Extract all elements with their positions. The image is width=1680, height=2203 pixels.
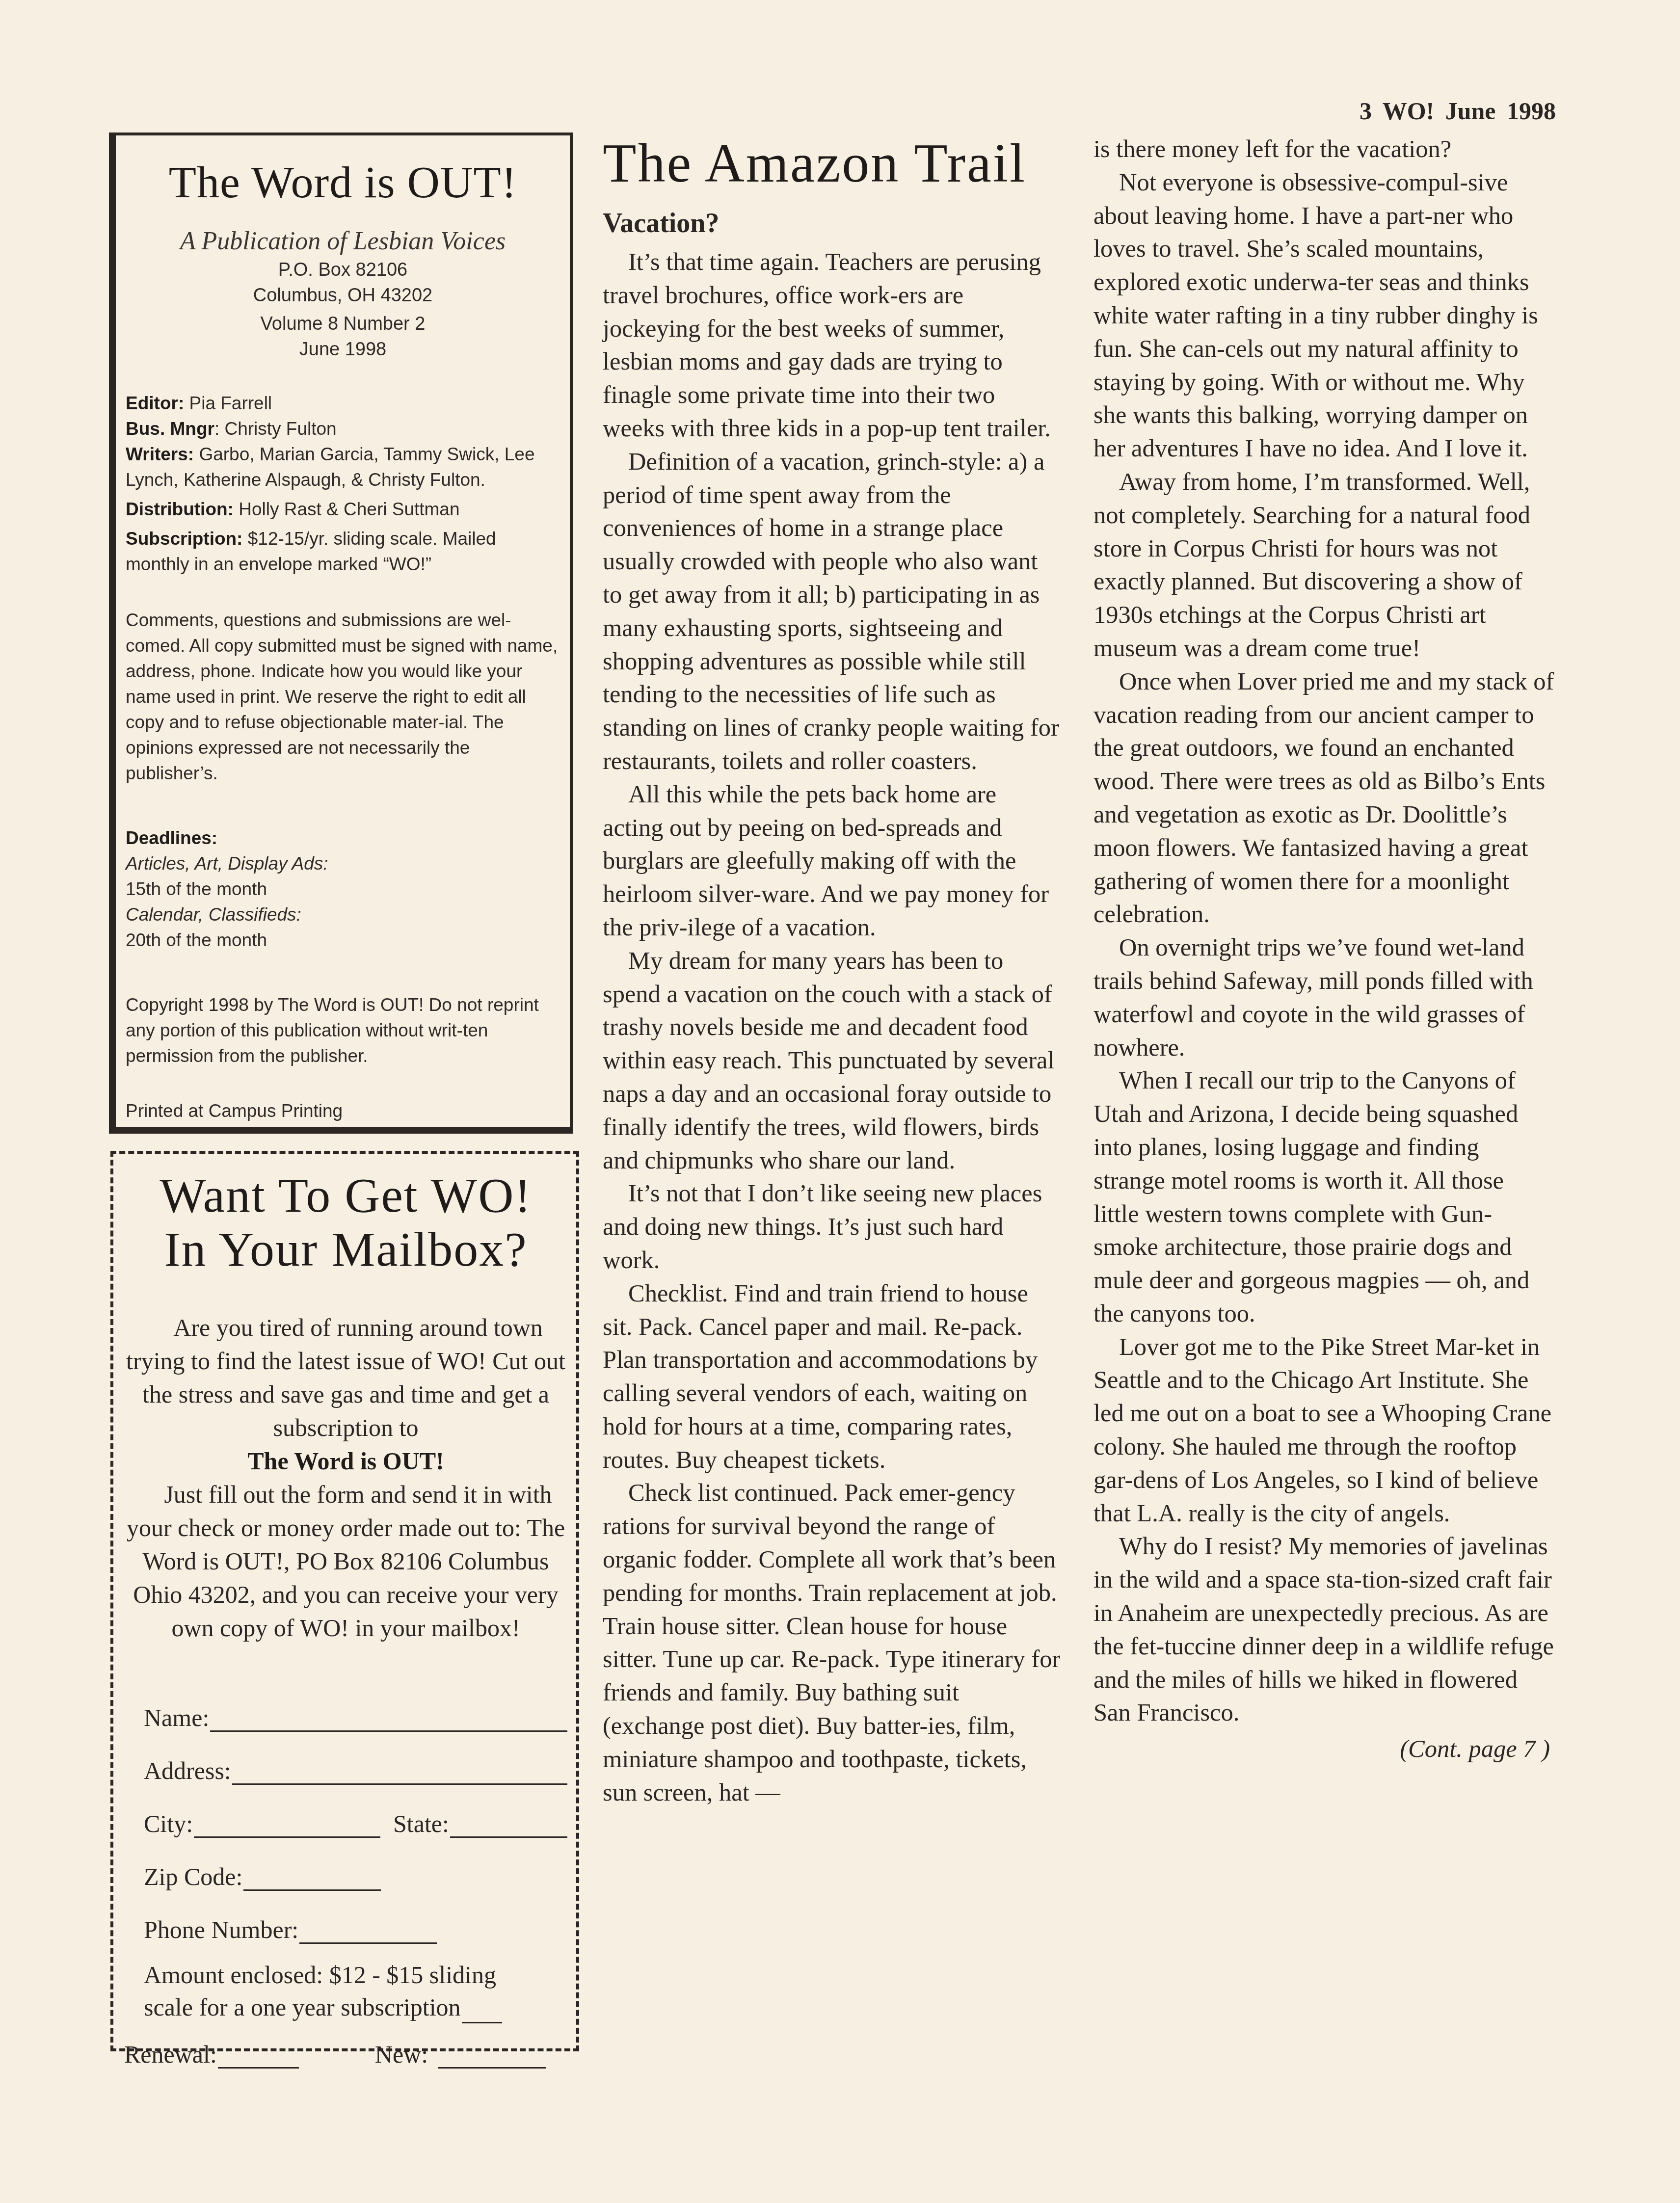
masthead-date: June 1998: [126, 337, 560, 362]
name-field[interactable]: Name:: [124, 1679, 567, 1732]
coupon-instructions: Just fill out the form and send it in wi…: [124, 1478, 567, 1645]
staff-editor: Editor: Pia Farrell: [126, 391, 560, 416]
city-label: City:: [144, 1809, 193, 1838]
article-paragraph: Not everyone is obsessive-compul-sive ab…: [1093, 166, 1555, 465]
staff-distribution: Distribution: Holly Rast & Cheri Suttman: [126, 497, 560, 522]
column-title: The Amazon Trail: [603, 132, 1026, 195]
city-state-row: City: State:: [124, 1785, 567, 1838]
article-paragraph: Away from home, I’m transformed. Well, n…: [1093, 465, 1555, 665]
coupon-title-line2: In Your Mailbox?: [124, 1222, 567, 1276]
staff-list: Editor: Pia Farrell Bus. Mngr: Christy F…: [126, 391, 560, 577]
staff-writers: Writers: Garbo, Marian Garcia, Tammy Swi…: [126, 442, 560, 493]
zip-input[interactable]: [243, 1868, 381, 1891]
state-label: State:: [393, 1809, 449, 1838]
printer-credit: Printed at Campus Printing: [126, 1098, 560, 1124]
deadline-date: 15th of the month: [126, 876, 560, 902]
article-paragraph: Checklist. Find and train friend to hous…: [603, 1277, 1062, 1477]
zip-label: Zip Code:: [144, 1862, 242, 1891]
name-label: Name:: [144, 1703, 209, 1732]
masthead-po-box: P.O. Box 82106: [126, 257, 560, 283]
coupon-intro: Are you tired of running around town try…: [124, 1311, 567, 1444]
article-paragraph: Why do I resist? My memories of javelina…: [1093, 1530, 1555, 1729]
masthead-city: Columbus, OH 43202: [126, 283, 560, 308]
coupon-body: Are you tired of running around town try…: [124, 1311, 567, 1645]
article-paragraph: Check list continued. Pack emer-gency ra…: [603, 1476, 1062, 1809]
address-input[interactable]: [232, 1762, 567, 1785]
deadline-category: Calendar, Classifieds:: [126, 902, 560, 928]
article-paragraph: When I recall our trip to the Canyons of…: [1093, 1064, 1555, 1330]
zip-field[interactable]: Zip Code:: [124, 1838, 567, 1891]
address-field[interactable]: Address:: [124, 1732, 567, 1785]
deadline-date: 20th of the month: [126, 928, 560, 953]
copyright-notice: Copyright 1998 by The Word is OUT! Do no…: [126, 992, 560, 1069]
article-paragraph: It’s that time again. Teachers are perus…: [603, 245, 1062, 445]
deadlines-label: Deadlines:: [126, 828, 217, 848]
renewal-label: Renewal:: [124, 2040, 217, 2069]
staff-business-manager: Bus. Mngr: Christy Fulton: [126, 416, 560, 442]
phone-label: Phone Number:: [144, 1915, 298, 1944]
comments-policy: Comments, questions and submissions are …: [126, 608, 560, 786]
masthead-title: The Word is OUT!: [126, 155, 560, 209]
masthead-box: The Word is OUT! A Publication of Lesbia…: [109, 133, 573, 1134]
amount-label-line1: Amount enclosed: $12 - $15 sliding: [144, 1959, 567, 1991]
address-label: Address:: [144, 1756, 231, 1785]
article-paragraph: Definition of a vacation, grinch-style: …: [603, 445, 1062, 778]
coupon-publication-name: The Word is OUT!: [124, 1444, 567, 1478]
article-headline: Vacation?: [603, 206, 720, 240]
article-paragraph: On overnight trips we’ve found wet-land …: [1093, 931, 1555, 1064]
subscription-form: Name: Address: City: State: Zip Code: Ph…: [124, 1679, 567, 2069]
page-header: 3 WO! June 1998: [1276, 96, 1556, 126]
amount-field[interactable]: Amount enclosed: $12 - $15 sliding scale…: [124, 1959, 567, 2023]
deadline-category: Articles, Art, Display Ads:: [126, 851, 560, 876]
coupon-title-line1: Want To Get WO!: [124, 1168, 567, 1222]
name-input[interactable]: [210, 1709, 567, 1732]
masthead-subtitle: A Publication of Lesbian Voices: [126, 226, 560, 257]
amount-label-line2: scale for a one year subscription: [144, 1991, 461, 2023]
article-paragraph: All this while the pets back home are ac…: [603, 778, 1062, 944]
new-label: New:: [375, 2040, 428, 2069]
article-paragraph: Lover got me to the Pike Street Mar-ket …: [1093, 1330, 1555, 1530]
amount-input[interactable]: [462, 2000, 502, 2023]
new-input[interactable]: [438, 2045, 546, 2069]
staff-subscription: Subscription: $12-15/yr. sliding scale. …: [126, 526, 560, 577]
article-paragraph: My dream for many years has been to spen…: [603, 944, 1062, 1177]
phone-input[interactable]: [299, 1921, 437, 1944]
masthead-volume: Volume 8 Number 2: [126, 311, 560, 337]
subscription-coupon: Want To Get WO! In Your Mailbox? Are you…: [110, 1151, 579, 2051]
continued-on-page-link[interactable]: (Cont. page 7 ): [1093, 1732, 1555, 1766]
article-paragraph: It’s not that I don’t like seeing new pl…: [603, 1177, 1062, 1276]
article-column-right: is there money left for the vacation? No…: [1093, 133, 1555, 1766]
deadlines: Deadlines: Articles, Art, Display Ads: 1…: [126, 825, 560, 953]
article-paragraph: Once when Lover pried me and my stack of…: [1093, 665, 1555, 931]
renewal-input[interactable]: [218, 2045, 299, 2069]
city-input[interactable]: [194, 1815, 380, 1838]
article-column-middle: It’s that time again. Teachers are perus…: [603, 245, 1062, 1809]
phone-field[interactable]: Phone Number:: [124, 1891, 567, 1944]
state-input[interactable]: [450, 1815, 567, 1838]
article-paragraph: is there money left for the vacation?: [1093, 133, 1555, 166]
renewal-new-row: Renewal: New:: [124, 2040, 567, 2069]
